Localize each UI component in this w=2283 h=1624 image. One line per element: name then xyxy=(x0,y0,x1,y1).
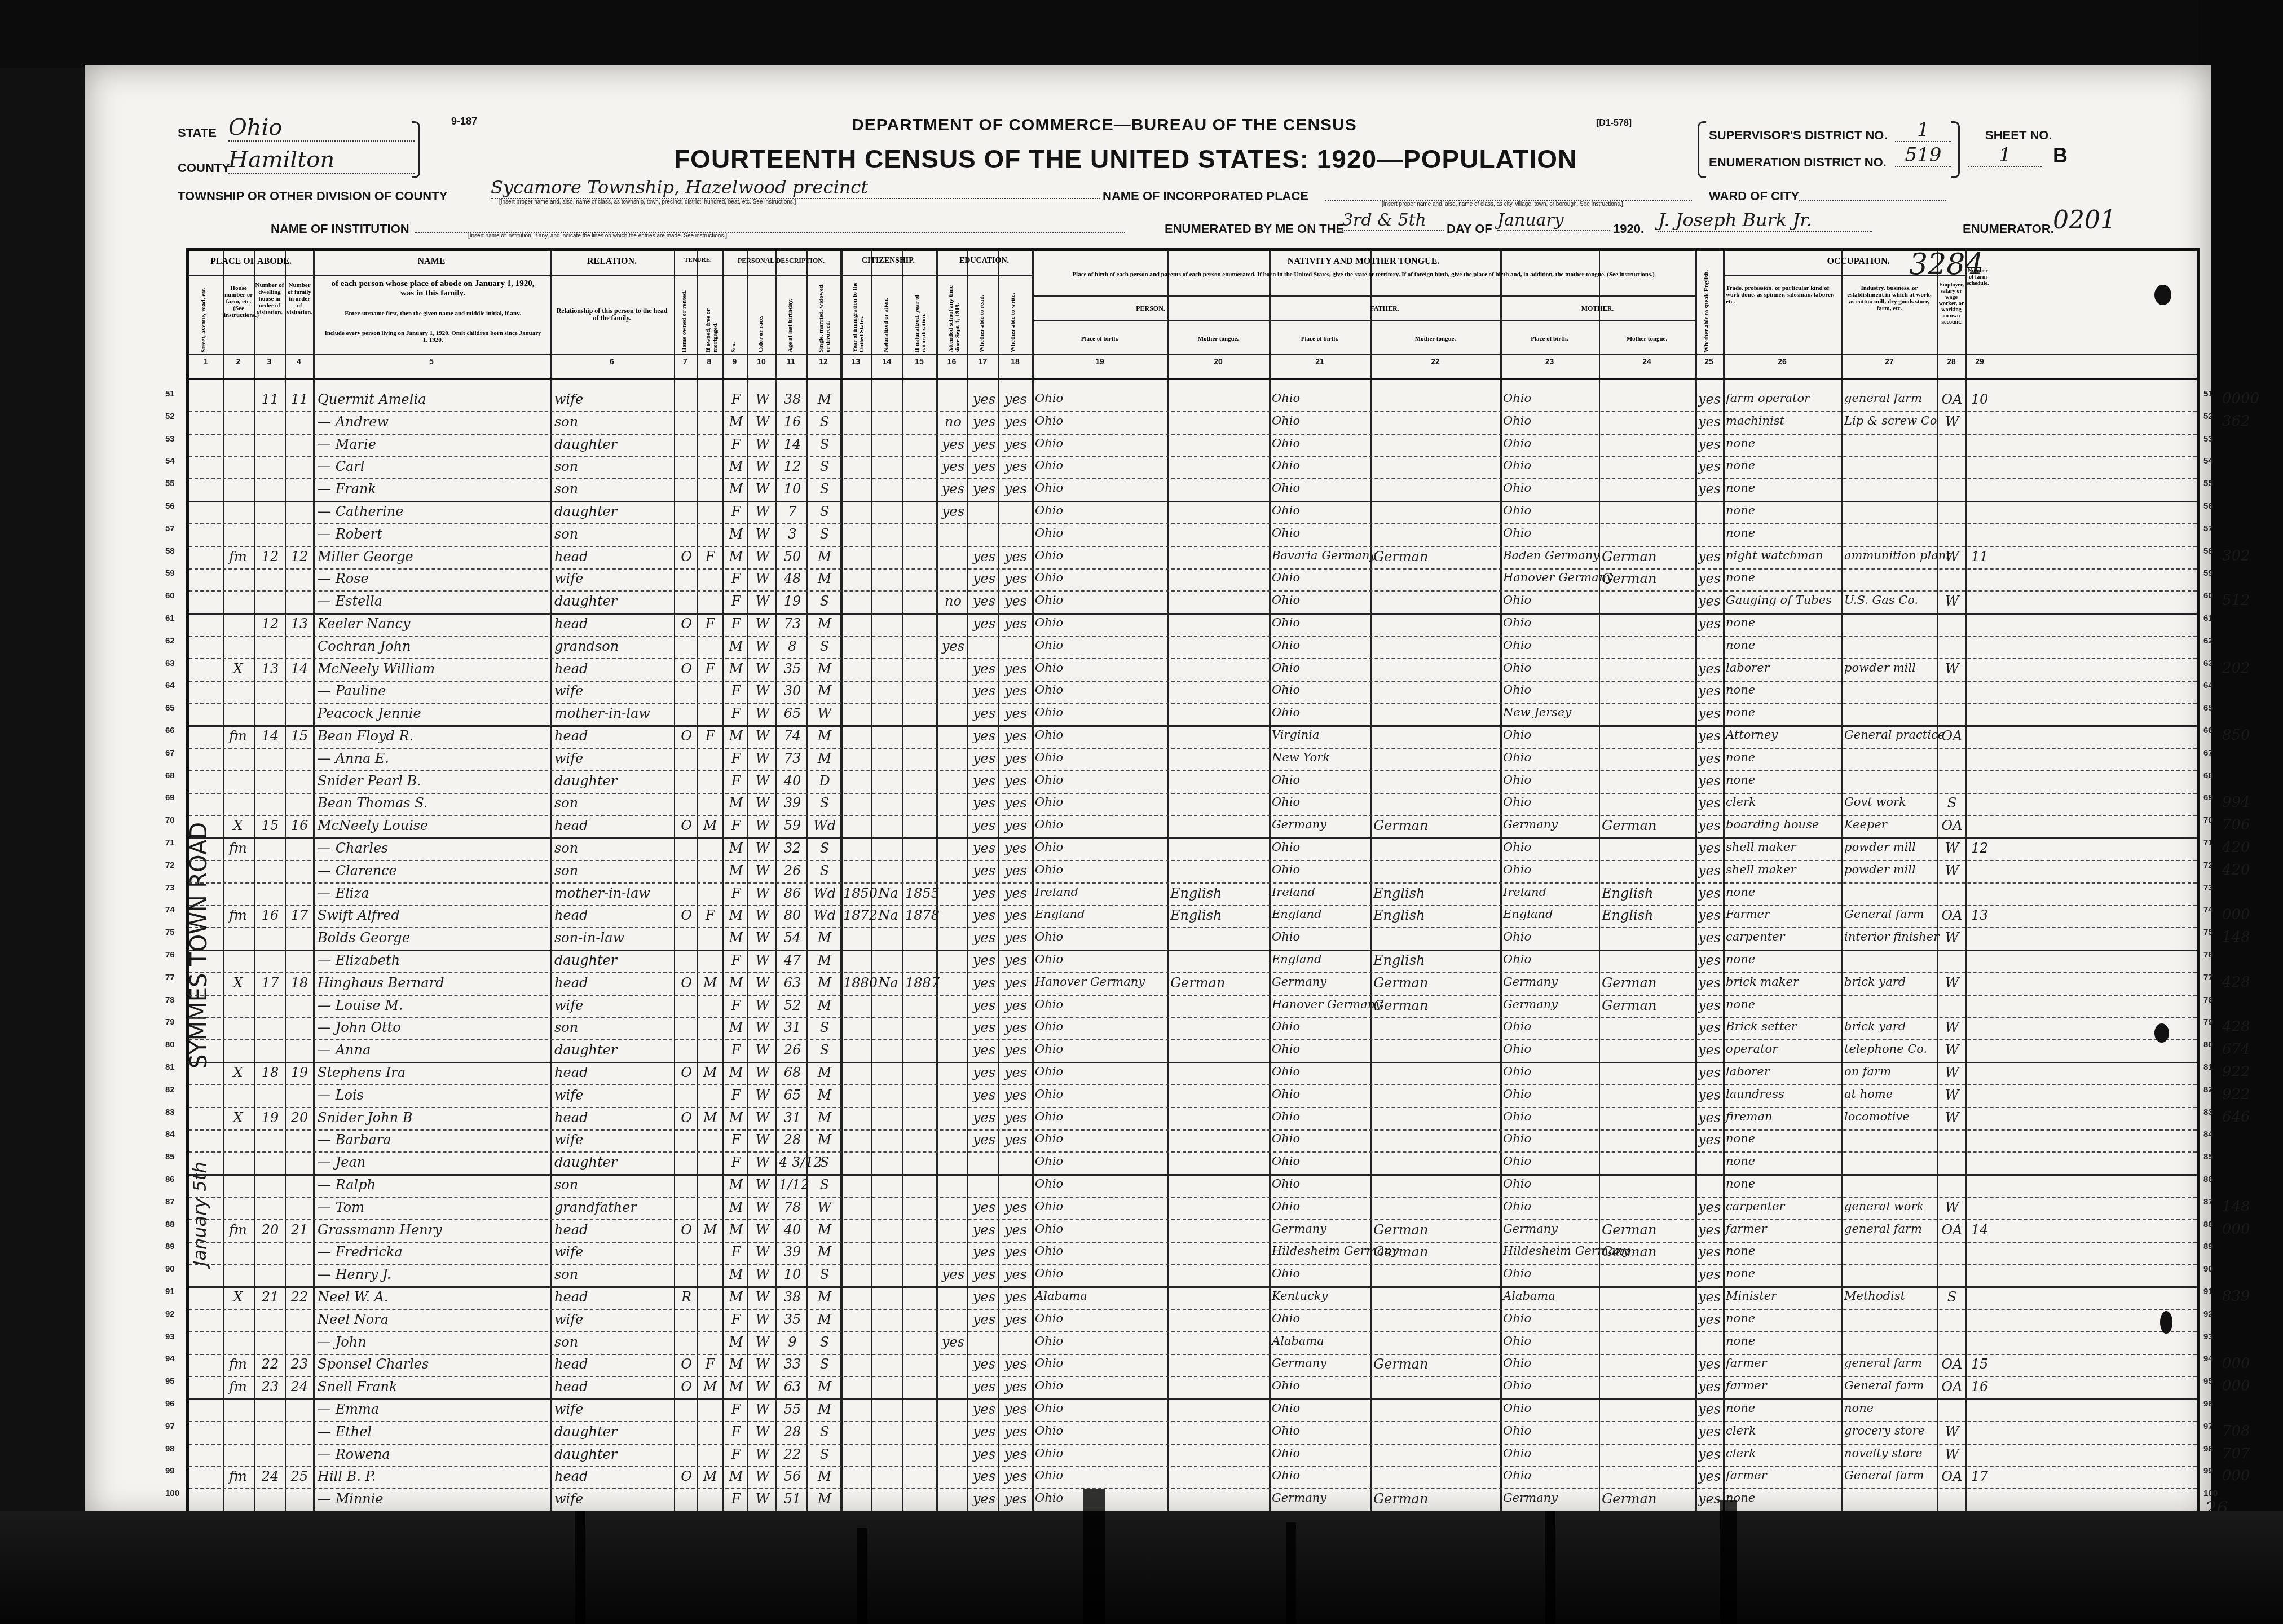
cell-nat xyxy=(874,1424,902,1442)
occupation-code: 420 xyxy=(2222,862,2250,879)
cell-age: 80 xyxy=(779,907,806,925)
cell-write: yes xyxy=(1001,975,1030,993)
table-row: 93— JohnsonMW9SyesOhioAlabamaOhionone93 xyxy=(189,1332,2197,1355)
table-row: 54— CarlsonMW12SyesyesyesOhioOhioOhioyes… xyxy=(189,456,2197,479)
cell-eng xyxy=(1697,1177,1722,1195)
cell-mpob: Baden Germany xyxy=(1503,549,1598,567)
cell-eng: yes xyxy=(1697,1446,1722,1464)
cell-farm xyxy=(1968,1401,1991,1419)
line-number: 52 xyxy=(165,412,175,421)
cell-own: O xyxy=(677,728,695,746)
cell-sch xyxy=(939,930,967,948)
line-number: 55 xyxy=(165,479,175,488)
cell-farm xyxy=(1968,1020,1991,1038)
cell-hf xyxy=(224,751,252,769)
cell-hf xyxy=(224,1312,252,1330)
cell-eng: yes xyxy=(1697,998,1722,1016)
cell-eng: yes xyxy=(1697,1312,1722,1330)
cell-race: W xyxy=(751,1042,774,1060)
cell-own xyxy=(677,863,695,881)
line-number: 81 xyxy=(165,1062,175,1072)
cell-occ: Farmer xyxy=(1726,907,1840,925)
cell-fm: M xyxy=(700,975,720,993)
cell-mt xyxy=(1170,1087,1267,1105)
occupation-code: 428 xyxy=(2222,974,2250,991)
cell-farm xyxy=(1968,975,1991,993)
line-number-right: 92 xyxy=(2203,1309,2213,1319)
cell-nat xyxy=(874,1312,902,1330)
cell-mmt xyxy=(1602,795,1693,813)
hdr-street: Street, avenue, road, etc. xyxy=(200,282,207,352)
enumerated-day: 3rd & 5th xyxy=(1342,210,1444,231)
cell-fmt xyxy=(1373,436,1499,454)
cell-pob: Ohio xyxy=(1035,526,1166,544)
hdr-person-pob: Place of birth. xyxy=(1035,336,1165,342)
cell-dw: 21 xyxy=(257,1289,284,1307)
cell-sch: no xyxy=(939,414,967,432)
ink-blot xyxy=(2160,1311,2172,1334)
cell-rel: daughter xyxy=(554,1154,673,1172)
cell-dw xyxy=(257,1154,284,1172)
cell-ind: interior finisher xyxy=(1844,930,1936,948)
cell-sch xyxy=(939,818,967,836)
line-number: 92 xyxy=(165,1309,175,1319)
cell-name: Snell Frank xyxy=(318,1379,549,1397)
cell-write: yes xyxy=(1001,885,1030,903)
cell-rel: head xyxy=(554,818,673,836)
cell-sch xyxy=(939,391,967,409)
cell-sch xyxy=(939,863,967,881)
line-number: 85 xyxy=(165,1152,175,1162)
cell-pob: Ohio xyxy=(1035,1379,1166,1397)
cell-occ: shell maker xyxy=(1726,863,1840,881)
cell-read: yes xyxy=(970,571,998,589)
cell-natyr xyxy=(905,1244,935,1262)
table-row: 81X1819Stephens IraheadOMMW68MyesyesOhio… xyxy=(189,1062,2197,1085)
cell-mmt: German xyxy=(1602,998,1693,1016)
cell-sex: F xyxy=(726,998,746,1016)
cell-mpob: Germany xyxy=(1503,818,1598,836)
cell-ind: telephone Co. xyxy=(1844,1042,1936,1060)
cell-farm: 17 xyxy=(1968,1468,1991,1486)
cell-mt xyxy=(1170,1042,1267,1060)
cell-fmt xyxy=(1373,1042,1499,1060)
cell-hf xyxy=(224,593,252,611)
hdr-race: Color or race. xyxy=(757,296,764,352)
cell-pob: Ohio xyxy=(1035,593,1166,611)
cell-read: yes xyxy=(970,1065,998,1083)
cell-age: 40 xyxy=(779,773,806,791)
cell-own xyxy=(677,504,695,522)
cell-mpob: Ohio xyxy=(1503,1266,1598,1285)
cell-natyr xyxy=(905,414,935,432)
table-row: 55— FranksonMW10SyesyesyesOhioOhioOhioye… xyxy=(189,479,2197,502)
cell-race: W xyxy=(751,1222,774,1240)
cell-read: yes xyxy=(970,616,998,634)
cell-fm xyxy=(700,1042,720,1060)
cell-eng: yes xyxy=(1697,1222,1722,1240)
cell-fpob: Ohio xyxy=(1272,930,1369,948)
cell-mpob: Ireland xyxy=(1503,885,1598,903)
cell-nat xyxy=(874,998,902,1016)
cell-sch xyxy=(939,1110,967,1128)
cell-race: W xyxy=(751,1334,774,1352)
cell-sex: M xyxy=(726,795,746,813)
cell-mt xyxy=(1170,1379,1267,1397)
cell-sex: F xyxy=(726,616,746,634)
table-row: 88fm2021Grassmann HenryheadOMMW40Myesyes… xyxy=(189,1220,2197,1243)
cell-age: 73 xyxy=(779,751,806,769)
cell-read: yes xyxy=(970,1020,998,1038)
hdr-person-mt: Mother tongue. xyxy=(1170,336,1266,342)
cell-imm xyxy=(843,705,871,723)
cell-fpob: Ohio xyxy=(1272,1312,1369,1330)
table-row: 94fm2223Sponsel CharlesheadOFMW33Syesyes… xyxy=(189,1354,2197,1377)
table-row: 52— AndrewsonMW16SnoyesyesOhioOhioOhioye… xyxy=(189,412,2197,435)
cell-write: yes xyxy=(1001,1132,1030,1150)
table-row: 79— John OttosonMW31SyesyesOhioOhioOhioy… xyxy=(189,1017,2197,1040)
cell-fam: 23 xyxy=(287,1356,312,1374)
table-row: 91X2122Neel W. A.headRMW38MyesyesAlabama… xyxy=(189,1287,2197,1310)
cell-sch xyxy=(939,616,967,634)
line-number: 75 xyxy=(165,928,175,937)
cell-rel: head xyxy=(554,1356,673,1374)
table-row: 59— RosewifeFW48MyesyesOhioOhioHanover G… xyxy=(189,568,2197,592)
cell-fm: M xyxy=(700,1222,720,1240)
cell-nat xyxy=(874,458,902,476)
cell-hf xyxy=(224,481,252,499)
cell-sch xyxy=(939,1199,967,1217)
cell-natyr xyxy=(905,1491,935,1509)
cell-natyr xyxy=(905,391,935,409)
cell-farm xyxy=(1968,1266,1991,1285)
cell-mpob: Ohio xyxy=(1503,1110,1598,1128)
cell-sex: F xyxy=(726,593,746,611)
cell-own xyxy=(677,526,695,544)
cell-sex: M xyxy=(726,840,746,858)
cell-ind: Methodist xyxy=(1844,1289,1936,1307)
cell-ms: S xyxy=(810,1177,839,1195)
cell-nat xyxy=(874,818,902,836)
cell-write xyxy=(1001,1334,1030,1352)
cell-fam xyxy=(287,414,312,432)
cell-ms: M xyxy=(810,1491,839,1509)
cell-natyr xyxy=(905,1446,935,1464)
cell-race: W xyxy=(751,1356,774,1374)
table-row: 60— EstelladaughterFW19SnoyesyesOhioOhio… xyxy=(189,591,2197,615)
cell-name: Stephens Ira xyxy=(318,1065,549,1083)
cell-mt xyxy=(1170,1312,1267,1330)
cell-emp: W xyxy=(1940,1199,1964,1217)
cell-rel: son xyxy=(554,458,673,476)
cell-write: yes xyxy=(1001,840,1030,858)
cell-eng: yes xyxy=(1697,728,1722,746)
cell-mt xyxy=(1170,481,1267,499)
cell-ind xyxy=(1844,1177,1936,1195)
cell-hf xyxy=(224,1020,252,1038)
cell-sex: M xyxy=(726,638,746,656)
cell-sch xyxy=(939,1401,967,1419)
cell-imm xyxy=(843,504,871,522)
cell-sex: M xyxy=(726,1356,746,1374)
cell-pob: Ireland xyxy=(1035,885,1166,903)
cell-fm xyxy=(700,751,720,769)
cell-name: — Estella xyxy=(318,593,549,611)
cell-ms: W xyxy=(810,705,839,723)
cell-race: W xyxy=(751,1110,774,1128)
cell-natyr xyxy=(905,683,935,701)
cell-read: yes xyxy=(970,1491,998,1509)
cell-fm xyxy=(700,705,720,723)
table-header: PLACE OF ABODE. NAME RELATION. TENURE. P… xyxy=(189,251,2197,380)
cell-age: 14 xyxy=(779,436,806,454)
cell-imm xyxy=(843,616,871,634)
table-row: 89— FredrickawifeFW39MyesyesOhioHildeshe… xyxy=(189,1242,2197,1265)
cell-ms: S xyxy=(810,436,839,454)
cell-farm: 13 xyxy=(1968,907,1991,925)
col-number: 4 xyxy=(285,357,313,375)
cell-sch: yes xyxy=(939,436,967,454)
cell-race: W xyxy=(751,436,774,454)
cell-natyr xyxy=(905,1020,935,1038)
cell-hf xyxy=(224,458,252,476)
cell-fmt xyxy=(1373,705,1499,723)
col-number: 5 xyxy=(313,357,550,375)
cell-sch xyxy=(939,885,967,903)
cell-dw xyxy=(257,1087,284,1105)
cell-pob: Ohio xyxy=(1035,998,1166,1016)
cell-fpob: Ohio xyxy=(1272,1266,1369,1285)
cell-farm xyxy=(1968,593,1991,611)
cell-occ: shell maker xyxy=(1726,840,1840,858)
cell-mpob: Ohio xyxy=(1503,683,1598,701)
cell-eng: yes xyxy=(1697,391,1722,409)
group-place-of-abode: PLACE OF ABODE. xyxy=(189,257,313,267)
scan-border-top xyxy=(0,0,2283,68)
cell-write: yes xyxy=(1001,1042,1030,1060)
cell-hf: fm xyxy=(224,907,252,925)
cell-dw xyxy=(257,1266,284,1285)
cell-rel: wife xyxy=(554,391,673,409)
cell-fmt xyxy=(1373,526,1499,544)
cell-hf xyxy=(224,1154,252,1172)
cell-hf: fm xyxy=(224,549,252,567)
cell-fam: 20 xyxy=(287,1110,312,1128)
cell-pob: Ohio xyxy=(1035,638,1166,656)
cell-emp xyxy=(1940,1154,1964,1172)
hdr-mother-pob: Place of birth. xyxy=(1503,336,1596,342)
cell-age: 35 xyxy=(779,661,806,679)
occupation-code: 708 xyxy=(2222,1423,2250,1440)
line-number-right: 99 xyxy=(2203,1466,2213,1476)
cell-occ: none xyxy=(1726,1401,1840,1419)
cell-write: yes xyxy=(1001,1401,1030,1419)
cell-eng: yes xyxy=(1697,683,1722,701)
cell-emp xyxy=(1940,1177,1964,1195)
cell-sex: M xyxy=(726,1289,746,1307)
cell-natyr xyxy=(905,526,935,544)
cell-fpob: Alabama xyxy=(1272,1334,1369,1352)
cell-dw xyxy=(257,571,284,589)
cell-mmt xyxy=(1602,1312,1693,1330)
cell-fm xyxy=(700,885,720,903)
cell-mpob: Hanover Germany xyxy=(1503,571,1598,589)
cell-hf xyxy=(224,885,252,903)
cell-farm xyxy=(1968,616,1991,634)
cell-imm: 1872 xyxy=(843,907,871,925)
cell-fpob: Ohio xyxy=(1272,526,1369,544)
table-row: 100— MinniewifeFW51MyesyesOhioGermanyGer… xyxy=(189,1489,2197,1512)
cell-dw: 12 xyxy=(257,549,284,567)
cell-fpob: Ohio xyxy=(1272,1177,1369,1195)
cell-dw xyxy=(257,1491,284,1509)
cell-nat xyxy=(874,773,902,791)
cell-imm xyxy=(843,863,871,881)
cell-mmt: German xyxy=(1602,975,1693,993)
cell-age: 3 xyxy=(779,526,806,544)
cell-imm xyxy=(843,1379,871,1397)
cell-emp xyxy=(1940,458,1964,476)
cell-mt xyxy=(1170,705,1267,723)
cell-rel: mother-in-law xyxy=(554,705,673,723)
table-row: 53— MariedaughterFW14SyesyesyesOhioOhioO… xyxy=(189,434,2197,457)
cell-natyr xyxy=(905,571,935,589)
cell-write: yes xyxy=(1001,1491,1030,1509)
cell-imm xyxy=(843,840,871,858)
group-name: NAME xyxy=(313,257,550,267)
cell-rel: mother-in-law xyxy=(554,885,673,903)
line-number: 64 xyxy=(165,681,175,690)
cell-sex: F xyxy=(726,1401,746,1419)
cell-race: W xyxy=(751,1177,774,1195)
cell-fmt xyxy=(1373,458,1499,476)
cell-hf xyxy=(224,1042,252,1060)
cell-fam xyxy=(287,638,312,656)
cell-farm: 15 xyxy=(1968,1356,1991,1374)
hdr-name-sub1: Enter surname first, then the given name… xyxy=(324,310,541,317)
cell-dw xyxy=(257,458,284,476)
cell-rel: wife xyxy=(554,1491,673,1509)
cell-own xyxy=(677,436,695,454)
cell-name: Snider Pearl B. xyxy=(318,773,549,791)
cell-fm: F xyxy=(700,907,720,925)
cell-occ: farmer xyxy=(1726,1379,1840,1397)
cell-pob: Ohio xyxy=(1035,571,1166,589)
cell-eng: yes xyxy=(1697,818,1722,836)
cell-write: yes xyxy=(1001,593,1030,611)
cell-sex: F xyxy=(726,818,746,836)
cell-name: — Tom xyxy=(318,1199,549,1217)
cell-hf xyxy=(224,616,252,634)
cell-mt xyxy=(1170,1468,1267,1486)
cell-pob: Ohio xyxy=(1035,751,1166,769)
cell-emp: OA xyxy=(1940,391,1964,409)
cell-mpob: Germany xyxy=(1503,1491,1598,1509)
table-row: 85— JeandaughterFW4 3/12SOhioOhioOhionon… xyxy=(189,1152,2197,1176)
cell-fpob: Ohio xyxy=(1272,436,1369,454)
cell-fpob: Virginia xyxy=(1272,728,1369,746)
line-number-right: 95 xyxy=(2203,1376,2213,1386)
cell-age: 7 xyxy=(779,504,806,522)
cell-sex: F xyxy=(726,1042,746,1060)
cell-eng: yes xyxy=(1697,1132,1722,1150)
cell-own xyxy=(677,683,695,701)
line-number: 51 xyxy=(165,389,175,399)
table-row: 74fm1617Swift AlfredheadOFMW80Wd1872Na18… xyxy=(189,905,2197,928)
cell-occ: farmer xyxy=(1726,1468,1840,1486)
cell-emp: W xyxy=(1940,930,1964,948)
cell-imm: 1880 xyxy=(843,975,871,993)
cell-occ: none xyxy=(1726,458,1840,476)
cell-fpob: Ohio xyxy=(1272,1110,1369,1128)
cell-natyr xyxy=(905,773,935,791)
cell-age: 33 xyxy=(779,1356,806,1374)
cell-mt xyxy=(1170,504,1267,522)
ward-value xyxy=(1799,199,1946,201)
cell-hf: X xyxy=(224,1065,252,1083)
cell-age: 74 xyxy=(779,728,806,746)
cell-ind: general farm xyxy=(1844,391,1936,409)
cell-read: yes xyxy=(970,773,998,791)
line-number-right: 84 xyxy=(2203,1129,2213,1139)
cell-ms: M xyxy=(810,975,839,993)
cell-fmt xyxy=(1373,481,1499,499)
cell-nat xyxy=(874,751,902,769)
cell-rel: son xyxy=(554,840,673,858)
cell-pob: Ohio xyxy=(1035,1401,1166,1419)
cell-emp: W xyxy=(1940,1446,1964,1464)
cell-fam: 19 xyxy=(287,1065,312,1083)
cell-fpob: Ohio xyxy=(1272,458,1369,476)
cell-fmt xyxy=(1373,616,1499,634)
cell-write: yes xyxy=(1001,1020,1030,1038)
occupation-code: 706 xyxy=(2222,817,2250,833)
occupation-code: 512 xyxy=(2222,592,2250,609)
cell-dw xyxy=(257,1177,284,1195)
cell-eng: yes xyxy=(1697,1244,1722,1262)
table-row: 78— Louise M.wifeFW52MyesyesOhioHanover … xyxy=(189,995,2197,1018)
cell-race: W xyxy=(751,907,774,925)
cell-rel: wife xyxy=(554,998,673,1016)
cell-rel: wife xyxy=(554,1401,673,1419)
cell-sch xyxy=(939,1379,967,1397)
cell-farm xyxy=(1968,1289,1991,1307)
col-number: 29 xyxy=(1965,357,1994,375)
cell-write: yes xyxy=(1001,661,1030,679)
cell-dw xyxy=(257,1401,284,1419)
cell-own: O xyxy=(677,818,695,836)
cell-ind xyxy=(1844,952,1936,970)
cell-occ: laborer xyxy=(1726,661,1840,679)
cell-hf xyxy=(224,526,252,544)
cell-mt xyxy=(1170,571,1267,589)
occupation-code: 000 xyxy=(2222,1355,2250,1372)
line-number: 95 xyxy=(165,1376,175,1386)
cell-rel: son xyxy=(554,1177,673,1195)
cell-ind: Govt work xyxy=(1844,795,1936,813)
cell-ind: brick yard xyxy=(1844,1020,1936,1038)
cell-farm xyxy=(1968,1334,1991,1352)
cell-mt: English xyxy=(1170,885,1267,903)
cell-natyr: 1887 xyxy=(905,975,935,993)
cell-fam xyxy=(287,1042,312,1060)
cell-read: yes xyxy=(970,436,998,454)
cell-name: — Eliza xyxy=(318,885,549,903)
cell-farm xyxy=(1968,683,1991,701)
cell-mmt xyxy=(1602,930,1693,948)
cell-race: W xyxy=(751,1199,774,1217)
cell-rel: son xyxy=(554,526,673,544)
